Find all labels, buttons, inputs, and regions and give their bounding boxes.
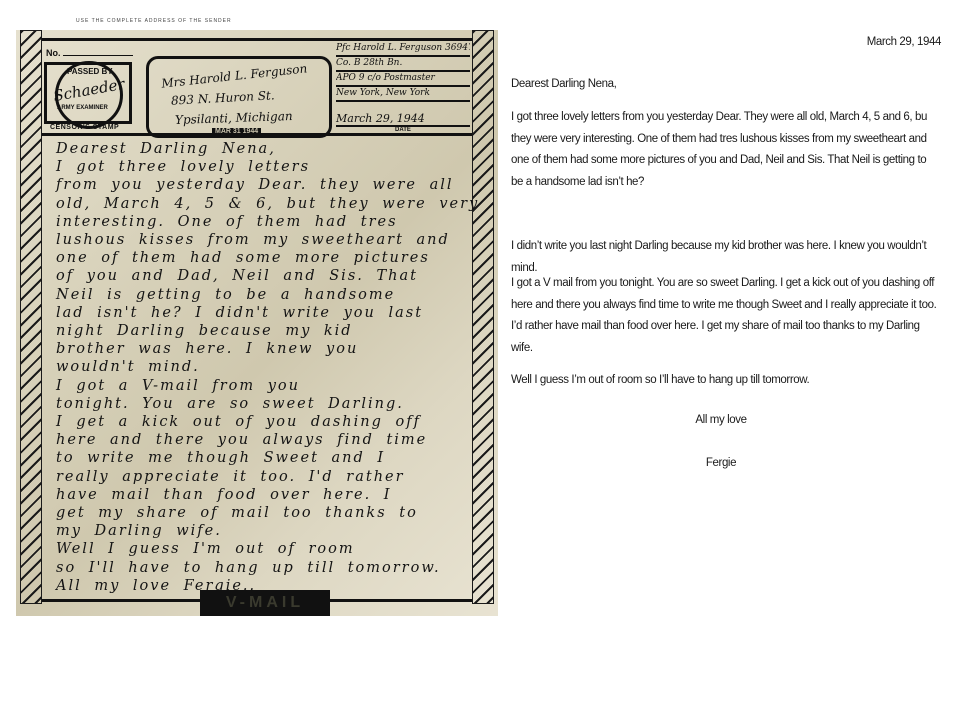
sender-date: March 29, 1944: [336, 112, 470, 127]
handwritten-line: Neil is getting to be a handsome: [56, 286, 476, 304]
postmark-date: MAR 31 1944: [212, 128, 261, 135]
handwritten-line: my Darling wife.: [56, 522, 476, 540]
handwritten-line: lushous kisses from my sweetheart and: [56, 231, 476, 249]
sender-block: Pfc Harold L. Ferguson 36947641 Co. B 28…: [336, 42, 470, 133]
salutation: Dearest Darling Nena,: [511, 78, 616, 90]
vmail-scan: USE THE COMPLETE ADDRESS OF THE SENDER N…: [16, 16, 498, 616]
letter-date: March 29, 1944: [867, 36, 941, 48]
handwritten-line: lad isn't he? I didn't write you last: [56, 304, 476, 322]
recipient-city: Ypsilanti, Michigan: [175, 109, 293, 127]
closing: All my love: [511, 414, 931, 426]
paragraph: I got three lovely letters from you yest…: [511, 107, 941, 193]
number-field: No.: [46, 48, 133, 58]
handwritten-line: tonight. You are so sweet Darling.: [56, 395, 476, 413]
date-label: DATE: [336, 127, 470, 133]
handwritten-line: so I'll have to hang up till tomorrow.: [56, 559, 476, 577]
handwritten-line: to write me though Sweet and I: [56, 449, 476, 467]
censor-army-text: ARMY EXAMINER: [57, 105, 108, 111]
recipient-name: Mrs Harold L. Ferguson: [161, 61, 308, 90]
handwritten-line: of you and Dad, Neil and Sis. That: [56, 267, 476, 285]
signature: Fergie: [511, 457, 931, 469]
handwritten-line: I got a V-mail from you: [56, 377, 476, 395]
paragraph: Well I guess I’m out of room so I’ll hav…: [511, 370, 941, 392]
censor-stamp-label: CENSOR'S STAMP: [50, 124, 119, 131]
handwritten-line: wouldn't mind.: [56, 358, 476, 376]
sender-line: Pfc Harold L. Ferguson 36947641: [336, 42, 470, 57]
vmail-stamp: V-MAIL: [200, 590, 330, 616]
form-top-strip: USE THE COMPLETE ADDRESS OF THE SENDER: [16, 16, 498, 30]
handwritten-line: old, March 4, 5 & 6, but they were very: [56, 195, 476, 213]
recipient-address-box: Mrs Harold L. Ferguson 893 N. Huron St. …: [146, 56, 332, 138]
sender-line: APO 9 c/o Postmaster: [336, 72, 470, 87]
recipient-street: 893 N. Huron St.: [171, 88, 275, 107]
paragraph: I got a V mail from you tonight. You are…: [511, 273, 941, 359]
handwritten-line: Well I guess I'm out of room: [56, 540, 476, 558]
sender-line: Co. B 28th Bn.: [336, 57, 470, 72]
handwritten-line: get my share of mail too thanks to: [56, 504, 476, 522]
handwritten-line: interesting. One of them had tres: [56, 213, 476, 231]
handwritten-line: here and there you always find time: [56, 431, 476, 449]
form-instruction-text: USE THE COMPLETE ADDRESS OF THE SENDER: [76, 18, 232, 24]
handwritten-line: have mail than food over here. I: [56, 486, 476, 504]
handwritten-line: brother was here. I knew you: [56, 340, 476, 358]
left-hatched-border: [20, 30, 42, 604]
handwritten-line: really appreciate it too. I'd rather: [56, 468, 476, 486]
handwritten-line: one of them had some more pictures: [56, 249, 476, 267]
handwritten-line: I get a kick out of you dashing off: [56, 413, 476, 431]
handwritten-line: from you yesterday Dear. they were all: [56, 176, 476, 194]
sender-line: New York, New York: [336, 87, 470, 102]
handwritten-body: Dearest Darling Nena, I got three lovely…: [56, 140, 476, 595]
handwritten-line: I got three lovely letters: [56, 158, 476, 176]
handwritten-line: Dearest Darling Nena,: [56, 140, 476, 158]
censor-stamp: PASSED BY Schaeder ARMY EXAMINER: [44, 62, 132, 124]
handwritten-line: night Darling because my kid: [56, 322, 476, 340]
censor-passed-text: PASSED BY: [67, 67, 113, 76]
